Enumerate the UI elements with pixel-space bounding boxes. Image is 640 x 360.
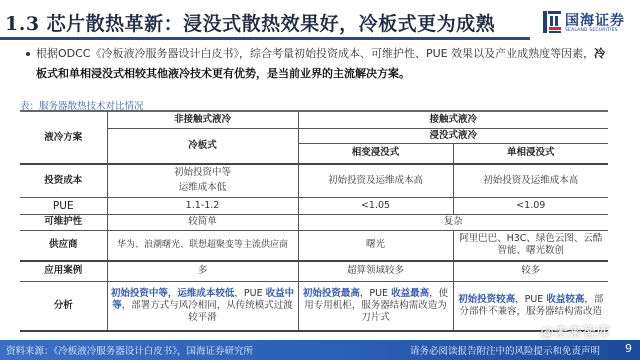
row-label-analysis: 分析 — [20, 281, 107, 331]
cell-supplier-single-phase: 阿里巴巴、H3C、绿色云图、云酷智能、曙光数创 — [453, 230, 608, 261]
title-underline — [0, 37, 530, 40]
header-cold-plate: 冷板式 — [107, 128, 298, 164]
summary-text: 根据ODCC《冷板液冷服务器设计白皮书》，综合考量初始投资成本、可维护性、PUE… — [26, 44, 616, 84]
header-single-phase: 单相浸没式 — [453, 143, 608, 164]
sealand-logo-icon — [543, 11, 561, 33]
cell-supplier-two-phase: 曙光 — [298, 230, 453, 261]
table-row-invest: 投资成本 初始投资中等 运维成本低 初始投资及运维成本高 初始投资及运维成本高 — [20, 164, 608, 197]
cell-supplier-cold-plate: 华为、浪潮曙光、联想超聚变等主流供应商 — [107, 230, 298, 261]
highlight-text: 初始投资较高 — [458, 294, 515, 305]
footer-source: 资料来源：《冷板液冷服务器设计白皮书》，国海证券研究所 — [6, 343, 253, 357]
watermark: @未来智库 — [540, 322, 610, 342]
cell-invest-single-phase: 初始投资及运维成本高 — [453, 164, 608, 197]
page-number: 9 — [625, 342, 632, 355]
table-row-maintain: 可维护性 较简单 复杂 — [20, 214, 608, 230]
comparison-table: 液冷方案 非接触式液冷 接触式液冷 冷板式 浸没式液冷 相变浸没式 单相浸没式 … — [20, 110, 608, 332]
table-row-analysis: 分析 初始投资中等，运维成本较低，PUE 收益中等，部署方式与风冷相同，从传统模… — [20, 281, 608, 331]
bullet-dot-icon — [26, 52, 30, 56]
summary-bullet: 根据ODCC《冷板液冷服务器设计白皮书》，综合考量初始投资成本、可维护性、PUE… — [26, 44, 616, 84]
row-label-invest: 投资成本 — [20, 164, 107, 197]
row-label-pue: PUE — [20, 197, 107, 214]
cell-cases-cold-plate: 多 — [107, 261, 298, 281]
logo-text-en: SEALAND SECURITIES — [565, 28, 618, 33]
cell-cases-single-phase: 较多 — [453, 261, 608, 281]
header-row-label: 液冷方案 — [20, 111, 107, 164]
row-label-cases: 应用案例 — [20, 261, 107, 281]
cell-maintain-immersion: 复杂 — [298, 214, 608, 230]
table-row-pue: PUE 1.1-1.2 <1.05 <1.09 — [20, 197, 608, 214]
header-two-phase: 相变浸没式 — [298, 143, 453, 164]
row-label-maintain: 可维护性 — [20, 214, 107, 230]
footer-disclaimer: 请务必阅读报告附注中的风险提示和免责声明 — [410, 343, 600, 357]
cell-invest-two-phase: 初始投资及运维成本高 — [298, 164, 453, 197]
cell-pue-cold-plate: 1.1-1.2 — [107, 197, 298, 214]
highlight-text: 初始投资最高 — [303, 288, 360, 299]
cell-text: ，PUE — [360, 288, 391, 299]
cell-text: ，部署方式与风冷相同，从传统模式过渡较平滑 — [122, 300, 293, 323]
highlight-text: 收益最高 — [391, 288, 429, 299]
title-bar: 1.3 芯片散热革新：浸没式散热效果好，冷板式更为成熟 国海证券 SEALAND… — [0, 0, 640, 40]
cell-text: ，PUE — [515, 294, 546, 305]
header-contact: 接触式液冷 — [298, 111, 608, 128]
cell-pue-two-phase: <1.05 — [298, 197, 453, 214]
table-row-cases: 应用案例 多 超算领域较多 较多 — [20, 261, 608, 281]
cell-line: 运维成本低 — [111, 182, 295, 194]
cell-cases-two-phase: 超算领域较多 — [298, 261, 453, 281]
header-non-contact: 非接触式液冷 — [107, 111, 298, 128]
table-header-row: 冷板式 浸没式液冷 — [20, 128, 608, 143]
page-title: 1.3 芯片散热革新：浸没式散热效果好，冷板式更为成熟 — [5, 9, 495, 36]
highlight-text: 收益较高 — [546, 294, 584, 305]
footer-bar: 资料来源：《冷板液冷服务器设计白皮书》，国海证券研究所 请务必阅读报告附注中的风… — [0, 340, 640, 360]
cell-text: ，PUE — [234, 288, 265, 299]
cell-maintain-cold-plate: 较简单 — [107, 214, 298, 230]
highlight-text: 初始投资中等，运维成本较低 — [111, 288, 235, 299]
cell-pue-single-phase: <1.09 — [453, 197, 608, 214]
logo-text-cn: 国海证券 — [565, 10, 625, 30]
cell-invest-cold-plate: 初始投资中等 运维成本低 — [107, 164, 298, 197]
sealand-logo: 国海证券 SEALAND SECURITIES — [543, 10, 635, 36]
cell-analysis-two-phase: 初始投资最高，PUE 收益最高，使用专用机柜，服务器结构需改造为刀片式 — [298, 281, 453, 331]
table-row-supplier: 供应商 华为、浪潮曙光、联想超聚变等主流供应商 曙光 阿里巴巴、H3C、绿色云图… — [20, 230, 608, 261]
cell-analysis-cold-plate: 初始投资中等，运维成本较低，PUE 收益中等，部署方式与风冷相同，从传统模式过渡… — [107, 281, 298, 331]
row-label-supplier: 供应商 — [20, 230, 107, 261]
cell-line: 初始投资中等 — [111, 167, 295, 179]
table-header-row: 液冷方案 非接触式液冷 接触式液冷 — [20, 111, 608, 128]
header-immersion: 浸没式液冷 — [298, 128, 608, 143]
summary-plain: 根据ODCC《冷板液冷服务器设计白皮书》，综合考量初始投资成本、可维护性、PUE… — [36, 47, 594, 60]
